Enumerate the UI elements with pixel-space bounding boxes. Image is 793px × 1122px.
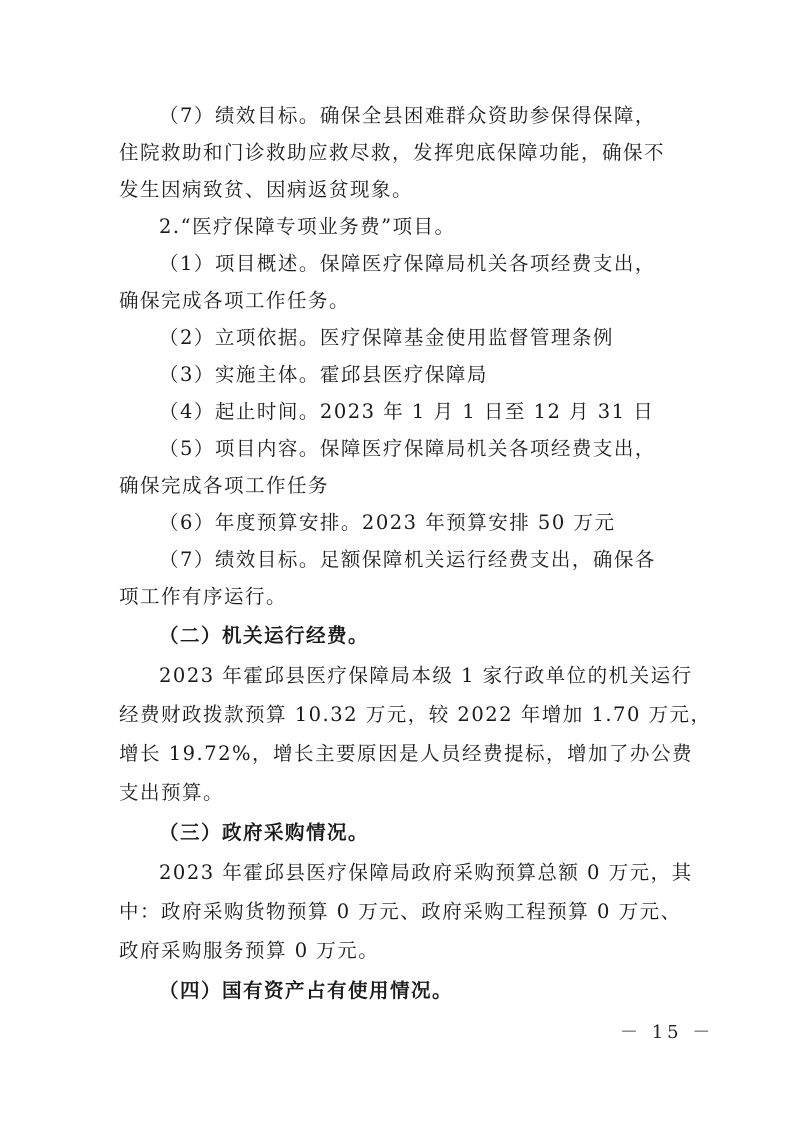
section-heading: （三）政府采购情况。 [159,820,369,846]
paragraph-line: 确保完成各项工作任务。 [119,288,350,314]
paragraph-line: 确保完成各项工作任务 [119,473,329,499]
section-heading: （二）机关运行经费。 [159,623,369,649]
paragraph-line: 中：政府采购货物预算 0 万元、政府采购工程预算 0 万元、 [119,899,682,925]
paragraph-line: （6）年度预算安排。2023 年预算安排 50 万元 [159,510,615,536]
paragraph-line: 政府采购服务预算 0 万元。 [119,938,379,964]
paragraph-line: 经费财政拨款预算 10.32 万元，较 2022 年增加 1.70 万元， [119,702,712,728]
section-heading: （四）国有资产占有使用情况。 [159,978,453,1004]
paragraph-line: （5）项目内容。保障医疗保障局机关各项经费支出， [159,436,656,462]
paragraph-line: （7）绩效目标。确保全县困难群众资助参保得保障， [159,103,656,129]
paragraph-line: 增长 19.72%，增长主要原因是人员经费提标，增加了办公费 [119,741,693,767]
paragraph-line: （3）实施主体。霍邱县医疗保障局 [159,362,488,388]
paragraph-line: （2）立项依据。医疗保障基金使用监督管理条例 [159,325,614,351]
paragraph-line: 2023 年霍邱县医疗保障局本级 1 家行政单位的机关运行 [159,663,693,689]
paragraph-line: 2023 年霍邱县医疗保障局政府采购预算总额 0 万元，其 [159,860,693,886]
page-number: － 15 － [620,1018,714,1044]
paragraph-line: 发生因病致贫、因病返贫现象。 [119,177,413,203]
section-item-heading: 2.“医疗保障专项业务费”项目。 [159,214,456,240]
paragraph-line: （4）起止时间。2023 年 1 月 1 日至 12 月 31 日 [159,399,654,425]
paragraph-line: 住院救助和门诊救助应救尽救，发挥兜底保障功能，确保不 [119,140,665,166]
paragraph-line: （7）绩效目标。足额保障机关运行经费支出，确保各 [159,547,656,573]
paragraph-line: 支出预算。 [119,780,224,806]
paragraph-line: （1）项目概述。保障医疗保障局机关各项经费支出， [159,251,656,277]
paragraph-line: 项工作有序运行。 [119,584,287,610]
